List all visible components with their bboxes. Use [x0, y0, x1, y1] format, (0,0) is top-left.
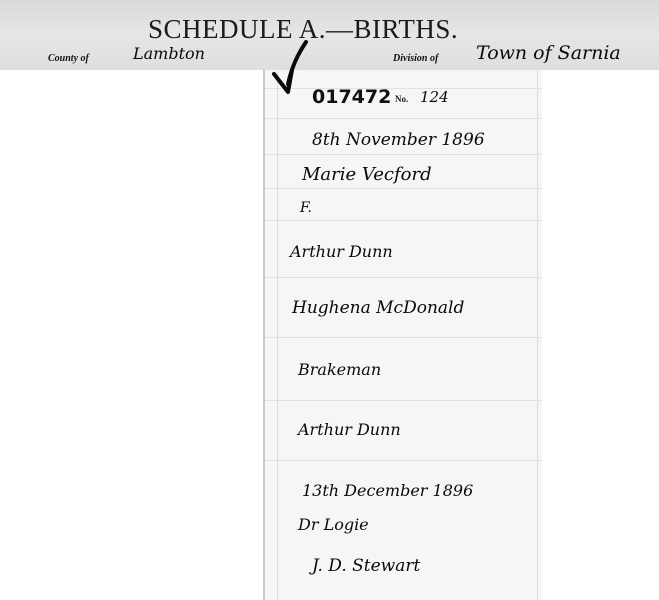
father-name: Arthur Dunn [290, 242, 393, 261]
sex: F. [300, 200, 312, 216]
informant-name: Arthur Dunn [298, 420, 401, 439]
ruled-line [265, 220, 542, 221]
entry-number-label: No. [395, 94, 408, 104]
entry-number: 124 [420, 88, 449, 106]
division-value: Town of Sarnia [476, 42, 621, 64]
form-header: SCHEDULE A.—BIRTHS. County of Lambton Di… [0, 0, 659, 70]
ruled-line [265, 277, 542, 278]
registration-date: 13th December 1896 [302, 481, 473, 500]
county-value: Lambton [133, 44, 205, 63]
date-of-birth: 8th November 1896 [312, 130, 485, 150]
record-number: 017472 [312, 86, 391, 108]
ruled-line [265, 118, 542, 119]
arrow-mark-icon [270, 40, 310, 100]
father-occupation: Brakeman [298, 360, 381, 379]
county-label: County of [48, 53, 89, 64]
ruled-line [265, 154, 542, 155]
division-label: Division of [393, 53, 438, 64]
child-name: Marie Vecford [302, 164, 432, 185]
registrar-signature: J. D. Stewart [312, 556, 420, 576]
ruled-line [265, 188, 542, 189]
ruled-line [265, 337, 542, 338]
margin-line [537, 70, 538, 600]
ruled-line [265, 400, 542, 401]
ruled-line [265, 460, 542, 461]
mother-maiden-name: Hughena McDonald [292, 298, 464, 318]
attending-physician: Dr Logie [298, 515, 369, 534]
margin-line [277, 70, 278, 600]
